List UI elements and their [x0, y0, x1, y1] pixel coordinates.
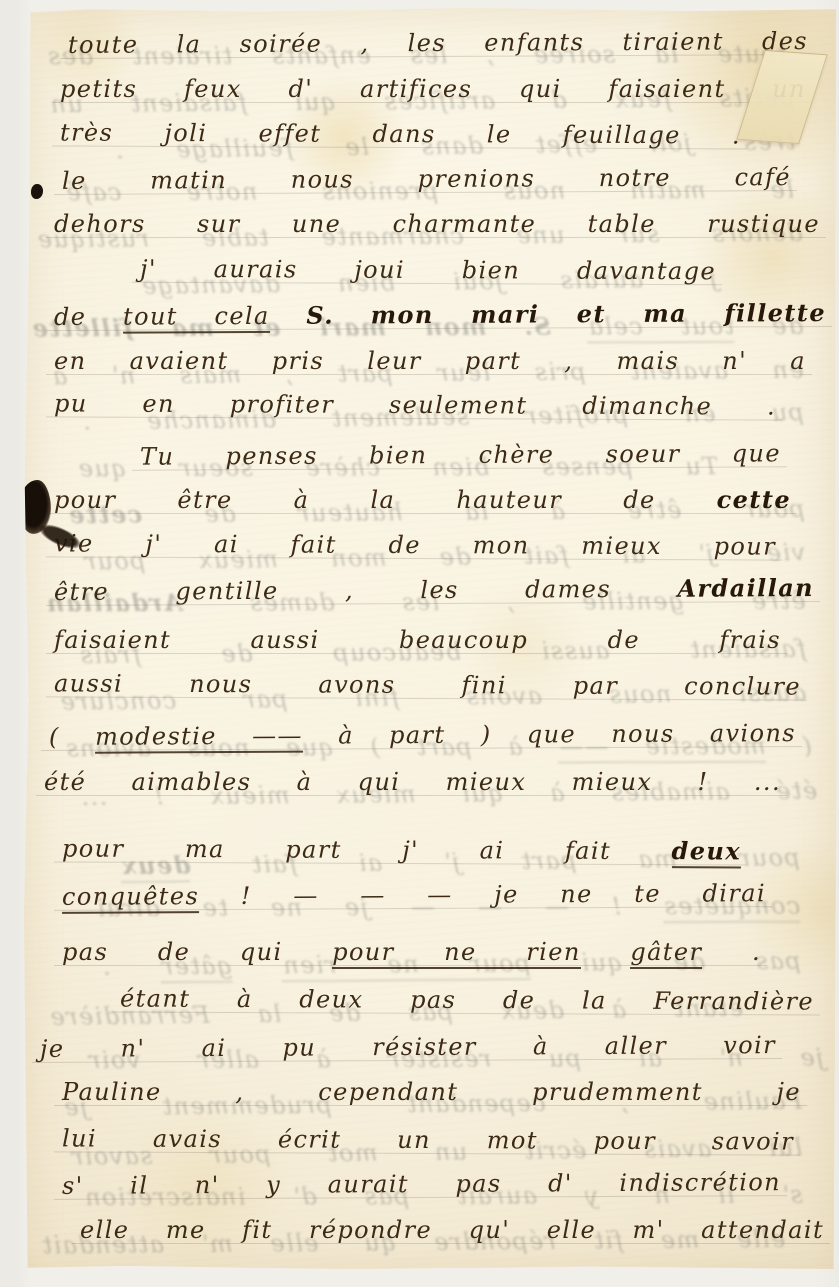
manuscript-text-segment: pour ma part j' ai fait [62, 835, 672, 866]
manuscript-line: en avaient pris leur part , mais n' a [54, 346, 806, 380]
manuscript-line: le matin nous prenions notre café [62, 162, 791, 200]
manuscript-line: Pauline , cependant prudemment je [62, 1077, 801, 1111]
manuscript-line: petits feux d' artifices qui faisaient u… [60, 74, 806, 108]
manuscript-lines: toute la soirée , les enfants tiraient d… [24, 8, 836, 1269]
manuscript-text-segment: . [702, 938, 761, 966]
manuscript-line: s' il n' y aurait pas d' indiscrétion [62, 1167, 781, 1205]
letter-page: toute la soirée , les enfants tiraient d… [24, 8, 836, 1269]
manuscript-line: étant à deux pas de la Ferrandière [120, 983, 814, 1020]
manuscript-text-segment: de [54, 303, 123, 331]
manuscript-line: Tu penses bien chère soeur que [140, 438, 781, 475]
manuscript-text-segment: faisaient aussi beaucoup de frais [54, 626, 781, 654]
manuscript-text-segment: cette [717, 485, 791, 514]
manuscript-text-segment: pour être à la hauteur de [54, 486, 717, 514]
manuscript-text-segment: été aimables à qui mieux mieux ! ... [44, 768, 781, 796]
manuscript-text-segment: pu en profiter seulement dimanche . [54, 389, 776, 420]
manuscript-text-segment: petits feux d' artifices qui faisaient u… [60, 75, 806, 103]
manuscript-line: pour être à la hauteur de cette [54, 485, 791, 519]
manuscript-text-segment: toute la soirée , les enfants tiraient d… [68, 27, 808, 59]
manuscript-text-segment [581, 938, 631, 966]
manuscript-line: je n' ai pu résister à aller voir [40, 1030, 776, 1068]
manuscript-text-segment: ( [49, 723, 95, 751]
manuscript-line: de tout cela S. mon mari et ma fillette [54, 298, 826, 336]
manuscript-line: être gentille , les dames Ardaillan [54, 573, 814, 611]
manuscript-line: été aimables à qui mieux mieux ! ... [44, 767, 781, 801]
manuscript-text-segment [334, 301, 371, 329]
manuscript-text-segment: Tu penses bien chère soeur que [140, 439, 781, 470]
manuscript-text-segment: elle me fit répondre qu' elle m' attenda… [80, 1216, 824, 1244]
manuscript-text-segment: tout cela [123, 302, 270, 334]
manuscript-text-segment: vie j' ai fait de mon mieux pour [54, 529, 776, 560]
manuscript-text-segment [270, 302, 307, 330]
manuscript-text-segment: dehors sur une charmante table rustique [54, 210, 820, 238]
manuscript-text-segment: Pauline , cependant prudemment je [62, 1078, 801, 1106]
manuscript-line: faisaient aussi beaucoup de frais [54, 625, 781, 659]
manuscript-line: toute la soirée , les enfants tiraient d… [68, 26, 808, 64]
manuscript-text-segment: à part ) que nous avions [303, 719, 796, 750]
manuscript-text-segment: lui avais écrit un mot pour savoir [62, 1124, 794, 1155]
scan-background: toute la soirée , les enfants tiraient d… [0, 0, 839, 1287]
manuscript-line: elle me fit répondre qu' elle m' attenda… [80, 1215, 824, 1249]
manuscript-text-segment: S. [306, 301, 334, 330]
manuscript-line: j' aurais joui bien davantage [140, 254, 716, 291]
manuscript-text-segment: le matin nous prenions notre café [62, 163, 791, 195]
manuscript-text-segment: être gentille , les dames [54, 575, 678, 606]
manuscript-text-segment: en avaient pris leur part , mais n' a [54, 347, 806, 375]
manuscript-text-segment: étant à deux pas de la Ferrandière [120, 984, 814, 1015]
manuscript-line: dehors sur une charmante table rustique [54, 209, 820, 243]
manuscript-text-segment: mon mari et ma fillette [371, 298, 827, 329]
manuscript-text-segment: pour ne rien [332, 938, 581, 969]
manuscript-text-segment: ! — — — je ne te dirai [199, 879, 766, 910]
manuscript-text-segment: je n' ai pu résister à aller voir [40, 1031, 776, 1063]
manuscript-text-segment: j' aurais joui bien davantage [140, 255, 716, 286]
manuscript-text-segment: s' il n' y aurait pas d' indiscrétion [62, 1168, 781, 1200]
manuscript-line: vie j' ai fait de mon mieux pour [54, 528, 776, 565]
manuscript-text-segment: très joli effet dans le feuillage . [60, 119, 741, 150]
manuscript-text-segment: gâter [630, 938, 702, 969]
manuscript-line: ( modestie —— à part ) que nous avions [49, 718, 796, 756]
manuscript-line: aussi nous avons fini par conclure [54, 668, 801, 705]
manuscript-text-segment: aussi nous avons fini par conclure [54, 669, 801, 700]
manuscript-line: pas de qui pour ne rien gâter . [62, 937, 761, 971]
manuscript-text-segment: pas de qui [62, 938, 332, 966]
manuscript-text-segment: deux [672, 836, 742, 868]
manuscript-text-segment: Ardaillan [677, 573, 814, 603]
manuscript-text-segment: modestie —— [95, 722, 303, 754]
manuscript-line: lui avais écrit un mot pour savoir [62, 1123, 794, 1160]
manuscript-line: très joli effet dans le feuillage . [60, 118, 741, 155]
manuscript-line: conquêtes ! — — — je ne te dirai [62, 878, 766, 916]
manuscript-line: pu en profiter seulement dimanche . [54, 388, 776, 425]
manuscript-text-segment: conquêtes [62, 882, 199, 914]
manuscript-line: pour ma part j' ai fait deux [62, 834, 741, 871]
